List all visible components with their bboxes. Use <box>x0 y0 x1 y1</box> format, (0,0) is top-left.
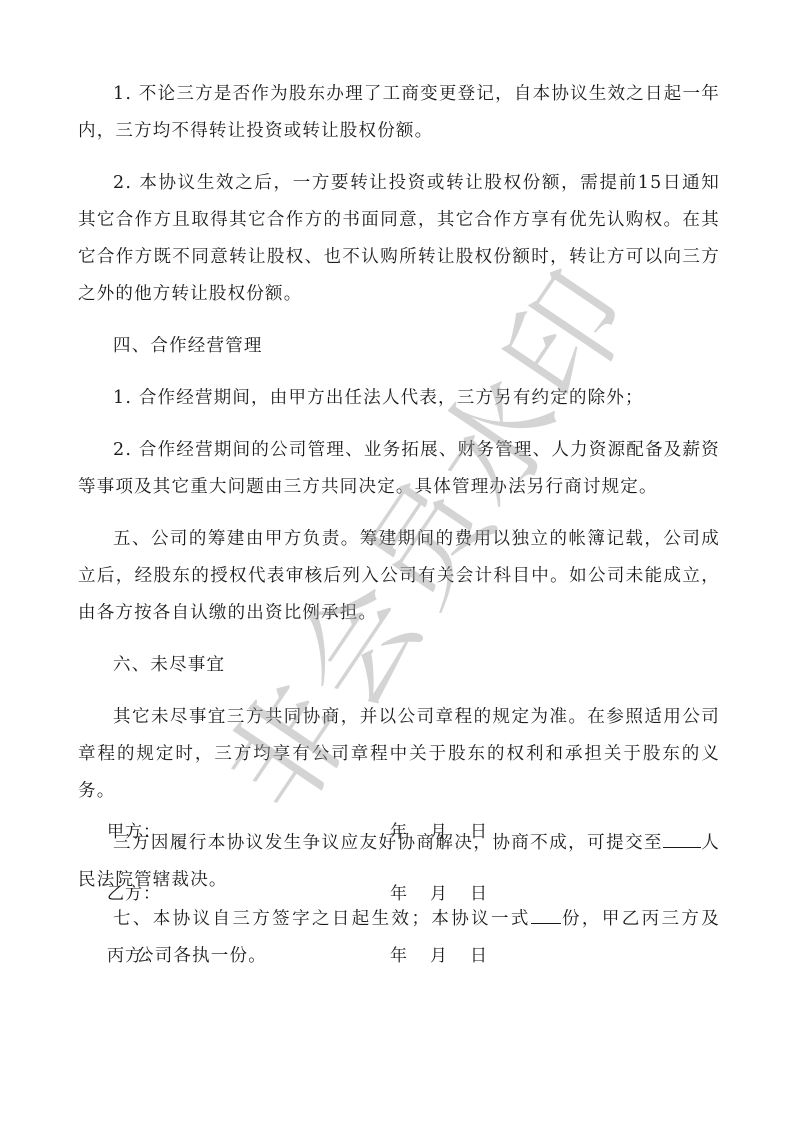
month-label: 月 <box>430 944 448 968</box>
clause-transfer-notice: 2. 本协议生效之后，一方要转让投资或转让股权份额，需提前15日通知其它合作方且… <box>78 165 720 313</box>
day-label: 日 <box>470 944 488 968</box>
day-label: 日 <box>470 882 488 906</box>
year-label: 年 <box>390 820 408 844</box>
effect-text-before: 七、本协议自三方签字之日起生效；本协议一式 <box>113 909 531 929</box>
party-c-date: 年月日 <box>390 944 510 968</box>
party-b-label: 乙方： <box>107 882 161 906</box>
document-page: 1. 不论三方是否作为股东办理了工商变更登记，自本协议生效之日起一年内，三方均不… <box>0 0 800 1131</box>
effect-text-middle: 份，甲乙丙三方及 <box>561 909 720 929</box>
month-label: 月 <box>430 820 448 844</box>
year-label: 年 <box>390 944 408 968</box>
party-a-date: 年月日 <box>390 820 510 844</box>
clause-other-matters: 其它未尽事宜三方共同协商，并以公司章程的规定为准。在参照适用公司章程的规定时，三… <box>78 699 720 810</box>
clause-company-preparation: 五、公司的筹建由甲方负责。筹建期间的费用以独立的帐簿记载，公司成立后，经股东的授… <box>78 521 720 632</box>
party-b-date: 年月日 <box>390 882 510 906</box>
signature-row-party-c: 丙方： 年月日 <box>107 944 707 968</box>
section-heading-other-matters: 六、未尽事宜 <box>78 647 720 684</box>
year-label: 年 <box>390 882 408 906</box>
clause-legal-representative: 1. 合作经营期间，由甲方出任法人代表，三方另有约定的除外； <box>78 380 720 417</box>
party-c-label: 丙方： <box>107 944 161 968</box>
clause-transfer-restriction: 1. 不论三方是否作为股东办理了工商变更登记，自本协议生效之日起一年内，三方均不… <box>78 76 720 150</box>
clause-joint-decisions: 2. 合作经营期间的公司管理、业务拓展、财务管理、人力资源配备及薪资等事项及其它… <box>78 432 720 506</box>
signature-row-party-b: 乙方： 年月日 <box>107 882 707 906</box>
party-a-label: 甲方： <box>107 820 161 844</box>
month-label: 月 <box>430 882 448 906</box>
document-body: 1. 不论三方是否作为股东办理了工商变更登记，自本协议生效之日起一年内，三方均不… <box>78 76 720 990</box>
section-heading-management: 四、合作经营管理 <box>78 328 720 365</box>
day-label: 日 <box>470 820 488 844</box>
copies-count-blank[interactable] <box>531 905 561 924</box>
signature-row-party-a: 甲方： 年月日 <box>107 820 707 844</box>
